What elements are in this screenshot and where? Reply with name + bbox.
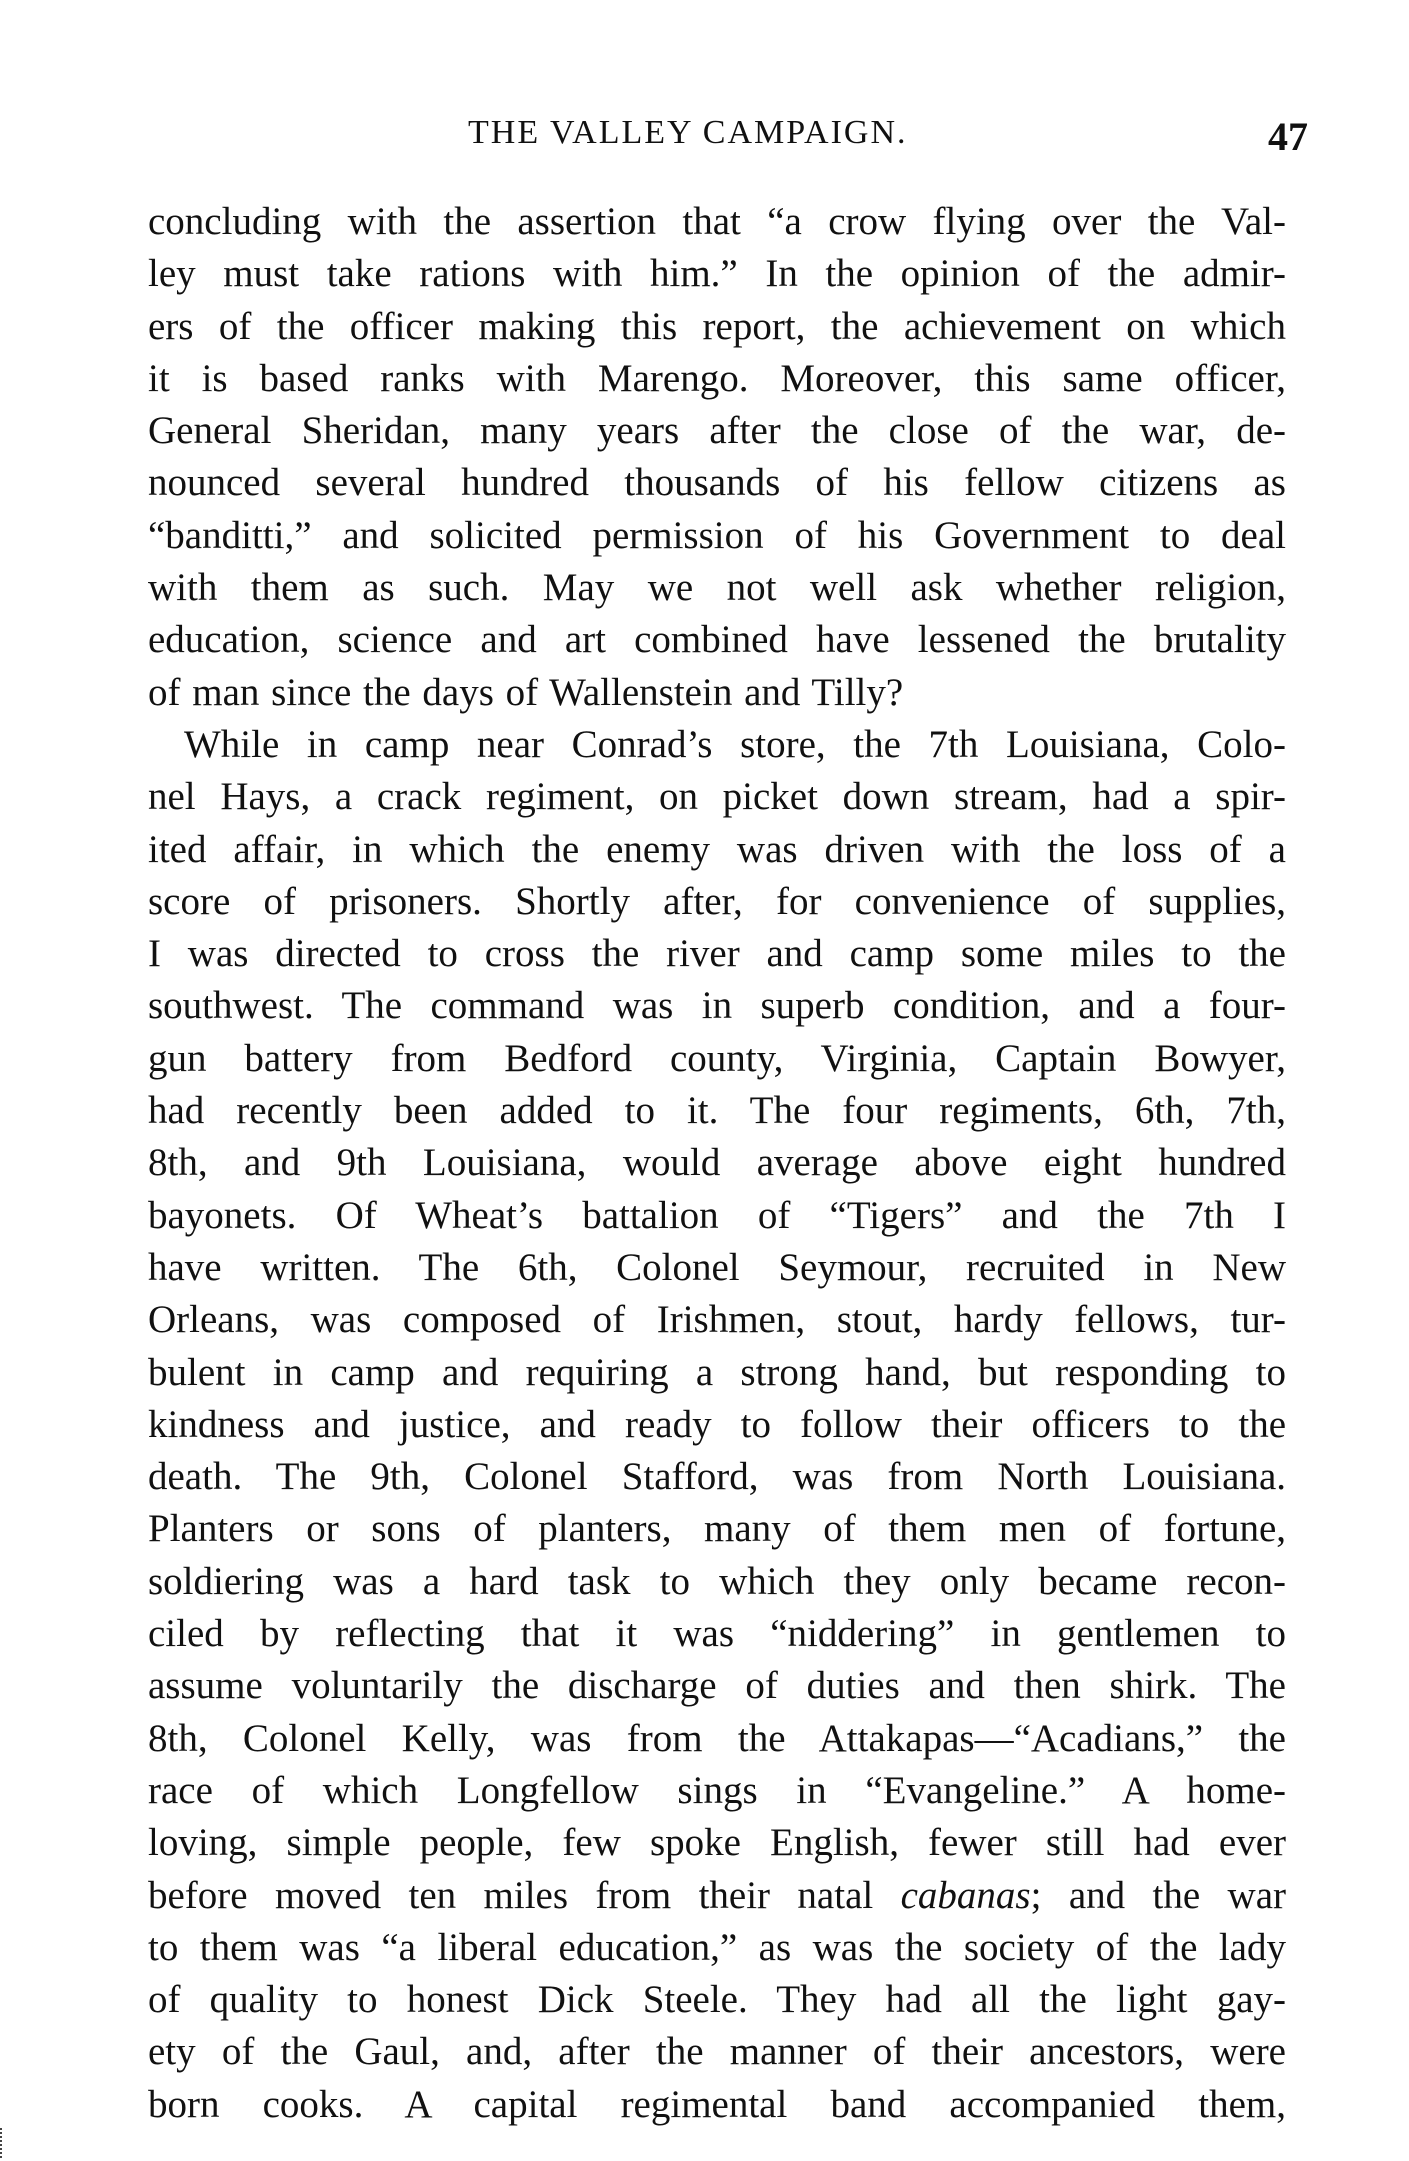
- text-line: General Sheridan, many years after the c…: [148, 405, 1286, 457]
- text-line: nel Hays, a crack regiment, on picket do…: [148, 771, 1286, 823]
- running-header: THE VALLEY CAMPAIGN. 47: [0, 108, 1409, 158]
- text-line-with-italic: before moved ten miles from their natal …: [148, 1870, 1286, 1922]
- book-page: THE VALLEY CAMPAIGN. 47 concluding with …: [0, 0, 1409, 2161]
- text-line: 8th, and 9th Louisiana, would average ab…: [148, 1137, 1286, 1189]
- page-number: 47: [1268, 112, 1308, 162]
- text-line: Orleans, was composed of Irishmen, stout…: [148, 1294, 1286, 1346]
- text-line: race of which Longfellow sings in “Evang…: [148, 1765, 1286, 1817]
- text-line: with them as such. May we not well ask w…: [148, 562, 1286, 614]
- running-title: THE VALLEY CAMPAIGN.: [468, 108, 908, 158]
- text-line: loving, simple people, few spoke English…: [148, 1817, 1286, 1869]
- text-line: I was directed to cross the river and ca…: [148, 928, 1286, 980]
- text-line: score of prisoners. Shortly after, for c…: [148, 876, 1286, 928]
- text-line: ety of the Gaul, and, after the manner o…: [148, 2026, 1286, 2078]
- text-line: concluding with the assertion that “a cr…: [148, 196, 1286, 248]
- text-line: of man since the days of Wallenstein and…: [148, 667, 1286, 719]
- text-segment: ; and the war: [1031, 1874, 1286, 1917]
- text-line: southwest. The command was in superb con…: [148, 980, 1286, 1032]
- text-line: “banditti,” and solicited permission of …: [148, 510, 1286, 562]
- text-line-paragraph-start: While in camp near Conrad’s store, the 7…: [148, 719, 1286, 771]
- text-line: assume voluntarily the discharge of duti…: [148, 1660, 1286, 1712]
- text-line: gun battery from Bedford county, Virgini…: [148, 1033, 1286, 1085]
- text-line: had recently been added to it. The four …: [148, 1085, 1286, 1137]
- text-line: it is based ranks with Marengo. Moreover…: [148, 353, 1286, 405]
- italic-word: cabanas: [901, 1874, 1031, 1917]
- text-line: to them was “a liberal education,” as wa…: [148, 1922, 1286, 1974]
- text-line: bayonets. Of Wheat’s battalion of “Tiger…: [148, 1190, 1286, 1242]
- text-line: 8th, Colonel Kelly, was from the Attakap…: [148, 1713, 1286, 1765]
- text-line: have written. The 6th, Colonel Seymour, …: [148, 1242, 1286, 1294]
- text-line: death. The 9th, Colonel Stafford, was fr…: [148, 1451, 1286, 1503]
- text-line: ers of the officer making this report, t…: [148, 301, 1286, 353]
- text-line: education, science and art combined have…: [148, 614, 1286, 666]
- text-line: ciled by reflecting that it was “nidderi…: [148, 1608, 1286, 1660]
- scan-margin-mark: [0, 2128, 4, 2158]
- text-line: nounced several hundred thousands of his…: [148, 457, 1286, 509]
- text-line: kindness and justice, and ready to follo…: [148, 1399, 1286, 1451]
- text-line: ley must take rations with him.” In the …: [148, 248, 1286, 300]
- text-line: of quality to honest Dick Steele. They h…: [148, 1974, 1286, 2026]
- body-text: concluding with the assertion that “a cr…: [148, 196, 1286, 2131]
- text-line: born cooks. A capital regimental band ac…: [148, 2079, 1286, 2131]
- text-line: Planters or sons of planters, many of th…: [148, 1503, 1286, 1555]
- text-line: soldiering was a hard task to which they…: [148, 1556, 1286, 1608]
- text-line: ited affair, in which the enemy was driv…: [148, 824, 1286, 876]
- text-line: bulent in camp and requiring a strong ha…: [148, 1347, 1286, 1399]
- text-segment: before moved ten miles from their natal: [148, 1874, 873, 1917]
